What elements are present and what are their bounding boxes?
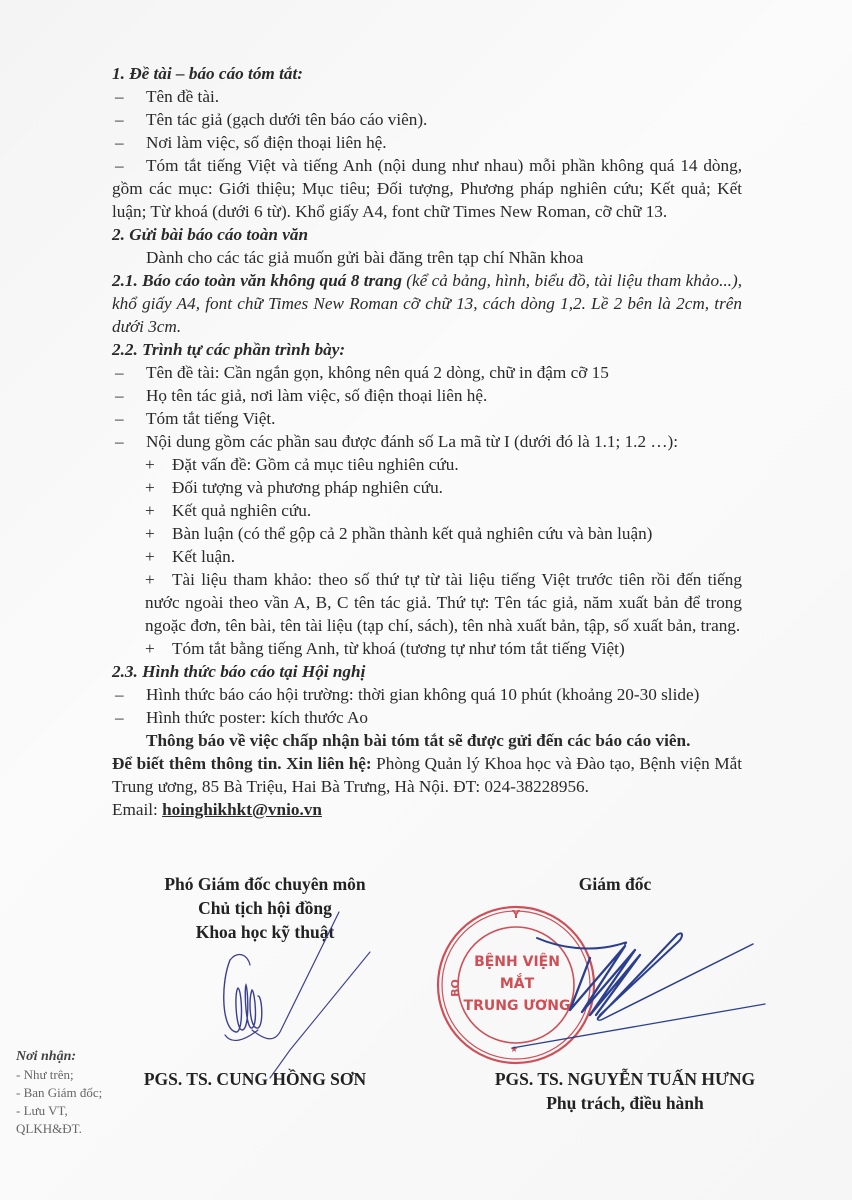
list-item: –Nơi làm việc, số điện thoại liên hệ.	[112, 131, 742, 154]
email-line: Email: hoinghikhkt@vnio.vn	[112, 798, 742, 821]
section2-intro: Dành cho các tác giả muốn gửi bài đăng t…	[112, 246, 742, 269]
sub-list-item: +Đối tượng và phương pháp nghiên cứu.	[112, 476, 742, 499]
svg-text:★: ★	[510, 1045, 518, 1055]
list-item: –Hình thức báo cáo hội trường: thời gian…	[112, 683, 742, 706]
svg-text:Y: Y	[511, 908, 521, 921]
sub-list-item: +Kết quả nghiên cứu.	[112, 499, 742, 522]
right-signer-name: PGS. TS. NGUYỄN TUẤN HƯNG	[455, 1067, 795, 1091]
right-signature-title: Giám đốc	[500, 872, 730, 896]
left-title: Khoa học kỹ thuật	[110, 920, 420, 944]
list-item: –Tên đề tài: Cần ngắn gọn, không nên quá…	[112, 361, 742, 384]
document-body: 1. Đề tài – báo cáo tóm tắt: –Tên đề tài…	[112, 62, 742, 821]
sub-list-item: +Tài liệu tham khảo: theo số thứ tự từ t…	[112, 568, 742, 637]
section1-heading: 1. Đề tài – báo cáo tóm tắt:	[112, 62, 742, 85]
section23-heading: 2.3. Hình thức báo cáo tại Hội nghị	[112, 660, 742, 683]
svg-text:BỆNH VIỆN: BỆNH VIỆN	[474, 952, 560, 970]
section2-heading: 2. Gửi bài báo cáo toàn văn	[112, 223, 742, 246]
right-signer-subtitle: Phụ trách, điều hành	[455, 1091, 795, 1115]
left-signer-name: PGS. TS. CUNG HỒNG SƠN	[110, 1067, 400, 1091]
svg-text:TRUNG ƯƠNG: TRUNG ƯƠNG	[464, 998, 571, 1014]
receivers-list: Nơi nhận: - Như trên; - Ban Giám đốc; - …	[16, 1048, 102, 1138]
sub-list-item: +Kết luận.	[112, 545, 742, 568]
list-item: –Tóm tắt tiếng Việt.	[112, 407, 742, 430]
email-link[interactable]: hoinghikhkt@vnio.vn	[162, 800, 322, 819]
svg-text:MẮT: MẮT	[500, 973, 535, 992]
left-signature-titles: Phó Giám đốc chuyên môn Chủ tịch hội đồn…	[110, 872, 420, 944]
list-item: –Họ tên tác giả, nơi làm việc, số điện t…	[112, 384, 742, 407]
right-signature-ink	[512, 933, 765, 1048]
sub-list-item: +Tóm tắt bằng tiếng Anh, từ khoá (tương …	[112, 637, 742, 660]
left-title: Phó Giám đốc chuyên môn	[110, 872, 420, 896]
list-item: –Hình thức poster: kích thước Ao	[112, 706, 742, 729]
sub-list-item: +Bàn luận (có thể gộp cả 2 phần thành kế…	[112, 522, 742, 545]
list-item: –Tên đề tài.	[112, 85, 742, 108]
section22-heading: 2.2. Trình tự các phần trình bày:	[112, 338, 742, 361]
contact-paragraph: Để biết thêm thông tin. Xin liên hệ: Phò…	[112, 752, 742, 798]
list-item: –Tóm tắt tiếng Việt và tiếng Anh (nội du…	[112, 154, 742, 223]
svg-text:BO: BO	[449, 979, 462, 997]
list-item: –Nội dung gồm các phần sau được đánh số …	[112, 430, 742, 453]
list-item: –Tên tác giả (gạch dưới tên báo cáo viên…	[112, 108, 742, 131]
notice-line: Thông báo về việc chấp nhận bài tóm tắt …	[112, 729, 742, 752]
right-signer-block: PGS. TS. NGUYỄN TUẤN HƯNG Phụ trách, điề…	[455, 1067, 795, 1115]
sub-list-item: +Đặt vấn đề: Gồm cả mục tiêu nghiên cứu.	[112, 453, 742, 476]
section21-paragraph: 2.1. Báo cáo toàn văn không quá 8 trang …	[112, 269, 742, 338]
left-title: Chủ tịch hội đồng	[110, 896, 420, 920]
hospital-stamp: Y BO BỆNH VIỆN MẮT TRUNG ƯƠNG ★	[438, 907, 594, 1063]
